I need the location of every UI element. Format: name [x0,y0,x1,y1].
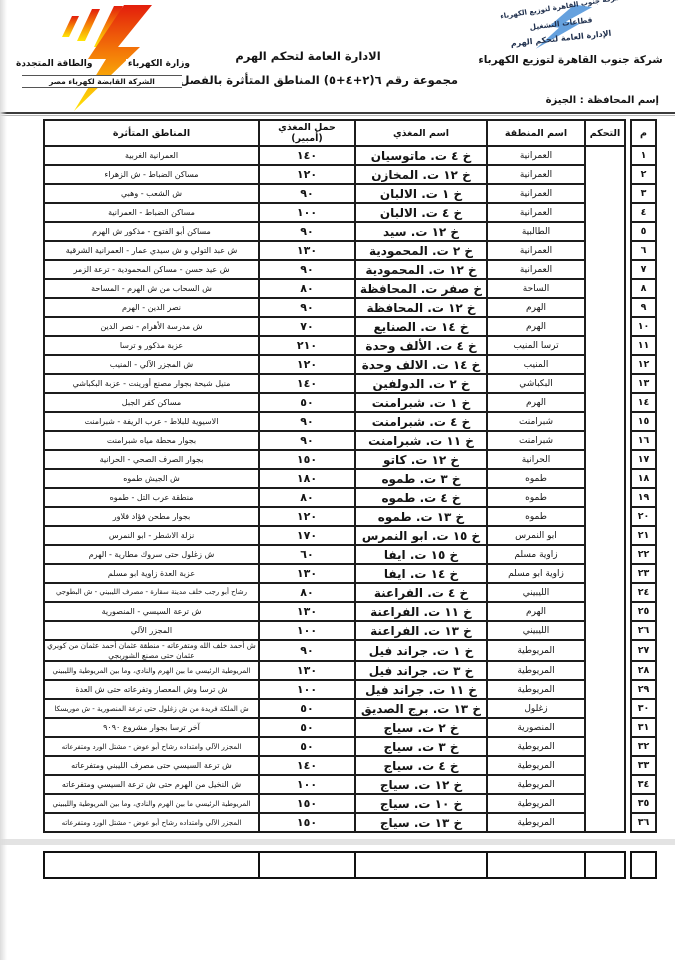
affected-areas-cell: ش عبد التولي و ش سيدي عمار - العمرانية ا… [44,241,259,260]
table-header-row: م التحكم اسم المنطقة اسم المغذي حمل المغ… [44,120,656,146]
area-name-cell: العمرانية [487,260,585,279]
area-name-cell: المنيب [487,355,585,374]
table-row: ٤العمرانيةخ ٤ ت. الالبان١٠٠مساكن الضباط … [44,203,656,222]
table-row: ١٣البكباشيخ ٢ ت. الدولفين١٤٠منيل شيحة بج… [44,374,656,393]
area-name-cell: زاوية ابو مسلم [487,564,585,583]
feeder-name-cell: خ ١ ت. الالبان [355,184,487,203]
control-administration-title: الادارة العامة لتحكم الهرم [158,49,458,63]
affected-areas-cell: نصر الدين - الهرم [44,298,259,317]
ministry-subtitle: الشركة القابضة لكهرباء مصر [22,75,182,88]
feeder-name-cell: خ ٤ ت. الالبان [355,203,487,222]
control-merged-cell [585,146,625,832]
area-name-cell: الهرم [487,602,585,621]
feeder-name-cell: خ ٤ ت. الألف وحدة [355,336,487,355]
row-number-cell: ١٩ [631,488,656,507]
area-name-cell: العمرانية [487,184,585,203]
table-row: ٣٣المريوطيةخ ٤ ت. سياج١٤٠ش ترعة السيسي ح… [44,756,656,775]
feeder-load-cell: ٨٠ [259,279,355,298]
feeder-name-cell: خ ١٠ ت. سياج [355,794,487,813]
governorate-label: إسم المحافظة : الجيزة [546,95,659,106]
feeder-name-cell: خ ٣ ت. سياج [355,737,487,756]
table-body: ١العمرانيةخ ٤ ت. ماتوسيان١٤٠العمرانية ال… [44,146,656,832]
feeder-load-cell: ٩٠ [259,640,355,661]
feeder-load-cell: ٥٠ [259,699,355,718]
feeder-name-cell: خ ١٣ ت. الفراعنة [355,621,487,640]
column-gap [625,661,631,680]
feeder-name-cell: خ ١١ ت. جراند فيل [355,680,487,699]
feeder-load-cell: ٥٠ [259,718,355,737]
area-name-cell: الهرم [487,317,585,336]
table-row: ٢١ابو النمرسخ ١٥ ت. ابو النمرس١٧٠نزلة ال… [44,526,656,545]
column-gap [625,564,631,583]
column-gap [625,794,631,813]
column-gap [625,775,631,794]
feeder-load-cell: ٥٠ [259,737,355,756]
feeder-name-cell: خ ١٣ ت. سياج [355,813,487,832]
feeder-load-cell: ١٠٠ [259,680,355,699]
table-row: ٣٥المريوطيةخ ١٠ ت. سياج١٥٠المريوطية الرئ… [44,794,656,813]
area-name-cell: الطالبية [487,222,585,241]
affected-areas-cell: مساكن الضباط - العمرانية [44,203,259,222]
area-name-cell: المريوطية [487,640,585,661]
row-number-cell: ٥ [631,222,656,241]
area-name-cell: الهرم [487,298,585,317]
area-name-cell: المريوطية [487,680,585,699]
table-row: ١٥شبرامنتخ ٤ ت. شبرامنت٩٠الاسيوية للبلاط… [44,412,656,431]
feeder-name-cell: خ ١٢ ت. كاتو [355,450,487,469]
row-number-cell: ٣٢ [631,737,656,756]
area-name-cell: العمرانية [487,203,585,222]
column-gap [625,545,631,564]
affected-areas-cell: المريوطية الرئيسي ما بين الهرم والنادي، … [44,661,259,680]
area-name-cell: العمرانية [487,241,585,260]
feeder-load-cell: ١٣٠ [259,661,355,680]
row-number-cell: ٣٠ [631,699,656,718]
feeder-name-cell: خ ١ ت. جراند فيل [355,640,487,661]
col-header-number: م [631,120,656,146]
col-header-affected: المناطق المتأثرة [44,120,259,146]
column-gap [625,469,631,488]
col-header-feeder: اسم المغذي [355,120,487,146]
column-gap [625,680,631,699]
feeder-load-cell: ١٥٠ [259,794,355,813]
feeder-name-cell: خ ٤ ت. طموه [355,488,487,507]
column-gap [625,317,631,336]
affected-areas-cell: ش ترسا وش المعصار وتفرعاته حتى ش العدة [44,680,259,699]
col-header-area: اسم المنطقة [487,120,585,146]
affected-areas-cell: ش عيد حسن - مساكن المحمودية - ترعة الزمر [44,260,259,279]
header-divider [0,112,675,116]
area-name-cell: الحرانية [487,450,585,469]
affected-areas-cell: بجوار الصرف الصحي - الحرانية [44,450,259,469]
area-name-cell: البكباشي [487,374,585,393]
affected-areas-cell: عزبة العدة زاوية ابو مسلم [44,564,259,583]
table-row: ٣١المنصوريةخ ٢ ت. سياج٥٠آخر ترسا بجوار م… [44,718,656,737]
table-row: ٦العمرانيةخ ٢ ت. المحمودية١٣٠ش عبد التول… [44,241,656,260]
feeder-name-cell: خ ١٥ ت. ابو النمرس [355,526,487,545]
table-row: ٧العمرانيةخ ١٢ ت. المحمودية٩٠ش عيد حسن -… [44,260,656,279]
feeder-load-cell: ٩٠ [259,412,355,431]
feeder-name-cell: خ ٣ ت. جراند فيل [355,661,487,680]
table-row: ٢٣زاوية ابو مسلمخ ١٤ ت. ايفا١٣٠عزبة العد… [44,564,656,583]
row-number-cell: ٣١ [631,718,656,737]
ministry-name-row: وزارة الكهرباء والطاقة المتجددة [14,59,192,69]
area-name-cell: المريوطية [487,813,585,832]
feeder-load-cell: ٩٠ [259,431,355,450]
scanned-document-page: شركة جنوب القاهرة لتوزيع الكهرباء قطاعات… [0,0,675,960]
table-row: ١٩طموهخ ٤ ت. طموه٨٠منطقة عرب التل - طموه [44,488,656,507]
area-name-cell: زغلول [487,699,585,718]
affected-areas-cell: ش السحاب من ش الهرم - المساحة [44,279,259,298]
feeder-name-cell: خ ١٣ ت. طموه [355,507,487,526]
lightning-bolts-icon [14,3,192,113]
feeder-load-cell: ١٤٠ [259,146,355,165]
area-name-cell: الليبيني [487,583,585,602]
column-gap [625,412,631,431]
group-outage-title: مجموعة رقم ٦(٢+٤+٥) المناطق المتأثرة بال… [158,73,458,87]
feeder-name-cell: خ ٢ ت. المحمودية [355,241,487,260]
area-name-cell: المريوطية [487,794,585,813]
table-row: ٣٦المريوطيةخ ١٣ ت. سياج١٥٠المجزر الآلي و… [44,813,656,832]
feeder-name-cell: خ ٤ ت. شبرامنت [355,412,487,431]
area-name-cell: المنصورية [487,718,585,737]
area-name-cell: المريوطية [487,756,585,775]
feeder-name-cell: خ ١٣ ت. برج الصديق [355,699,487,718]
affected-areas-cell: ش الجيش طموه [44,469,259,488]
table-row: ٢العمرانيةخ ١٢ ت. المخازن١٢٠مساكن الضباط… [44,165,656,184]
area-name-cell: العمرانية [487,146,585,165]
affected-areas-cell: الاسيوية للبلاط - عرب الريفة - شبرامنت [44,412,259,431]
next-cell [259,852,355,878]
affected-areas-cell: منيل شيحة بجوار مصنع أورينت - عزبة البكب… [44,374,259,393]
feeder-name-cell: خ ١٤ ت. الصنايع [355,317,487,336]
area-name-cell: ترسا المنيب [487,336,585,355]
table-row: ٢٨المريوطيةخ ٣ ت. جراند فيل١٣٠المريوطية … [44,661,656,680]
header-titles: الادارة العامة لتحكم الهرم مجموعة رقم ٦(… [158,49,458,87]
area-name-cell: شبرامنت [487,431,585,450]
ministry-name-right: وزارة الكهرباء [126,59,192,69]
feeder-load-cell: ٩٠ [259,222,355,241]
area-name-cell: زاوية مسلم [487,545,585,564]
feeder-name-cell: خ ١٥ ت. ايفا [355,545,487,564]
column-gap [625,146,631,165]
table-row: ١٨طموهخ ٣ ت. طموه١٨٠ش الجيش طموه [44,469,656,488]
row-number-cell: ١٢ [631,355,656,374]
column-gap [625,165,631,184]
table-row: ٢٤الليبينيخ ٤ ت. الفراعنة٨٠رشاح أبو رجب … [44,583,656,602]
feeder-name-cell: خ ١٢ ت. سياج [355,775,487,794]
feeder-name-cell: خ ١ ت. شبرامنت [355,393,487,412]
feeder-load-cell: ١٤٠ [259,756,355,775]
column-gap [625,640,631,661]
affected-areas-cell: المجزر الآلي [44,621,259,640]
feeder-name-cell: خ ٤ ت. ماتوسيان [355,146,487,165]
column-gap [625,852,631,878]
column-gap [625,813,631,832]
column-gap [625,718,631,737]
row-number-cell: ٢٠ [631,507,656,526]
column-gap [625,374,631,393]
affected-areas-cell: عزبة مذكور و ترسا [44,336,259,355]
feeder-name-cell: خ ٤ ت. سياج [355,756,487,775]
affected-areas-cell: بجوار محطة مياه شبرامنت [44,431,259,450]
affected-areas-cell: بجوار مطحن فؤاد فلاور [44,507,259,526]
next-cell [487,852,585,878]
feeder-name-cell: خ ١٢ ت. المحافظة [355,298,487,317]
next-cell [44,852,259,878]
feeder-load-cell: ١٥٠ [259,813,355,832]
column-gap [625,222,631,241]
feeder-load-cell: ٥٠ [259,393,355,412]
feeder-load-cell: ٢١٠ [259,336,355,355]
affected-areas-cell: ش مدرسة الأهرام - نصر الدين [44,317,259,336]
affected-areas-cell: منطقة عرب التل - طموه [44,488,259,507]
row-number-cell: ٢٩ [631,680,656,699]
next-page-table-edge [43,851,657,879]
feeder-load-cell: ٨٠ [259,488,355,507]
next-cell [355,852,487,878]
feeder-load-cell: ٨٠ [259,583,355,602]
feeder-name-cell: خ ١٤ ت. الالف وحدة [355,355,487,374]
row-number-cell: ٢٨ [631,661,656,680]
row-number-cell: ١٠ [631,317,656,336]
affected-areas-cell: المجزر الآلي وامتداده رشاح أبو عوض - مشت… [44,813,259,832]
table-row: ٣٤المريوطيةخ ١٢ ت. سياج١٠٠ش النخيل من ال… [44,775,656,794]
column-gap [625,583,631,602]
page-break-band [0,839,675,845]
area-name-cell: طموه [487,488,585,507]
column-gap [625,488,631,507]
column-gap [625,450,631,469]
feeder-load-cell: ٦٠ [259,545,355,564]
row-number-cell: ٩ [631,298,656,317]
table-row: ٢٩المريوطيةخ ١١ ت. جراند فيل١٠٠ش ترسا وش… [44,680,656,699]
row-number-cell: ١ [631,146,656,165]
row-number-cell: ٣٣ [631,756,656,775]
feeder-name-cell: خ ٢ ت. الدولفين [355,374,487,393]
next-cell [631,852,656,878]
column-gap [625,203,631,222]
next-cell [585,852,625,878]
area-name-cell: طموه [487,507,585,526]
table-row: ١٦شبرامنتخ ١١ ت. شبرامنت٩٠بجوار محطة ميا… [44,431,656,450]
table-row: ٢٠طموهخ ١٣ ت. طموه١٢٠بجوار مطحن فؤاد فلا… [44,507,656,526]
table-row: ١٠الهرمخ ١٤ ت. الصنايع٧٠ش مدرسة الأهرام … [44,317,656,336]
row-number-cell: ٢٥ [631,602,656,621]
feeder-load-cell: ٩٠ [259,260,355,279]
table-row: ٣٢المريوطيةخ ٣ ت. سياج٥٠المجزر الآلي وام… [44,737,656,756]
column-gap [625,241,631,260]
affected-areas-cell: ش أحمد خلف الله ومتفرعاته - منطقة عثمان … [44,640,259,661]
feeder-load-cell: ١٣٠ [259,564,355,583]
feeder-load-cell: ١٠٠ [259,203,355,222]
table-row: ١٢المنيبخ ١٤ ت. الالف وحدة١٢٠ش المجزر ال… [44,355,656,374]
company-stamp: شركة جنوب القاهرة لتوزيع الكهرباء قطاعات… [495,2,627,54]
table-row: ٨الساحةخ صفر ت. المحافظة٨٠ش السحاب من ش … [44,279,656,298]
affected-areas-table: م التحكم اسم المنطقة اسم المغذي حمل المغ… [43,119,657,833]
table-row: ١العمرانيةخ ٤ ت. ماتوسيان١٤٠العمرانية ال… [44,146,656,165]
feeder-name-cell: خ ١٢ ت. المخازن [355,165,487,184]
area-name-cell: الهرم [487,393,585,412]
affected-areas-cell: مساكن كفر الجبل [44,393,259,412]
ministry-name-left: والطاقة المتجددة [14,59,94,69]
row-number-cell: ٢٢ [631,545,656,564]
feeder-load-cell: ١٣٠ [259,241,355,260]
affected-areas-cell: ش الملكة فريدة من ش زغلول حتى ترعة المنص… [44,699,259,718]
row-number-cell: ١٣ [631,374,656,393]
feeder-load-cell: ٩٠ [259,184,355,203]
col-header-load: حمل المغذي (أمبير) [259,120,355,146]
affected-areas-cell: المجزر الآلي وامتداده رشاح أبو عوض - مشت… [44,737,259,756]
area-name-cell: طموه [487,469,585,488]
row-number-cell: ٢ [631,165,656,184]
table-row: ١٧الحرانيةخ ١٢ ت. كاتو١٥٠بجوار الصرف الص… [44,450,656,469]
feeder-load-cell: ١٣٠ [259,602,355,621]
column-gap [625,184,631,203]
feeder-name-cell: خ ١١ ت. شبرامنت [355,431,487,450]
area-name-cell: العمرانية [487,165,585,184]
affected-areas-cell: ش ترعة السيسي - المنصورية [44,602,259,621]
affected-areas-cell: العمرانية الغربية [44,146,259,165]
feeder-load-cell: ١٥٠ [259,450,355,469]
row-number-cell: ١٨ [631,469,656,488]
column-gap [625,507,631,526]
row-number-cell: ٣٦ [631,813,656,832]
feeder-load-cell: ٧٠ [259,317,355,336]
row-number-cell: ١٦ [631,431,656,450]
row-number-cell: ٧ [631,260,656,279]
row-number-cell: ٢٤ [631,583,656,602]
column-gap [625,260,631,279]
row-number-cell: ١٤ [631,393,656,412]
row-number-cell: ٣ [631,184,656,203]
affected-areas-cell: المريوطية الرئيسي ما بين الهرم والنادي، … [44,794,259,813]
next-table-partial-row [44,852,656,878]
row-number-cell: ١١ [631,336,656,355]
feeder-load-cell: ١٨٠ [259,469,355,488]
row-number-cell: ٢١ [631,526,656,545]
area-name-cell: الساحة [487,279,585,298]
row-number-cell: ١٥ [631,412,656,431]
feeder-load-cell: ١٢٠ [259,355,355,374]
area-name-cell: الليبيني [487,621,585,640]
feeder-load-cell: ١٠٠ [259,621,355,640]
row-number-cell: ٢٣ [631,564,656,583]
column-gap [625,737,631,756]
feeder-load-cell: ١٤٠ [259,374,355,393]
company-name: شركة جنوب القاهرة لتوزيع الكهرباء [478,54,663,66]
table-row: ٢٦الليبينيخ ١٣ ت. الفراعنة١٠٠المجزر الآل… [44,621,656,640]
feeder-load-cell: ١٠٠ [259,775,355,794]
column-gap [625,336,631,355]
row-number-cell: ٨ [631,279,656,298]
row-number-cell: ٢٧ [631,640,656,661]
affected-areas-cell: ش المجزر الآلي - المنيب [44,355,259,374]
feeder-name-cell: خ ٢ ت. سياج [355,718,487,737]
feeder-load-cell: ١٢٠ [259,507,355,526]
feeder-load-cell: ١٢٠ [259,165,355,184]
affected-areas-cell: ش ترعة السيسي حتى مصرف الليبني ومتفرعاته [44,756,259,775]
column-gap [625,355,631,374]
affected-areas-cell: مساكن أبو الفتوح - مذكور ش الهرم [44,222,259,241]
affected-areas-cell: ش النخيل من الهرم حتى ش ترعة السيسي ومتف… [44,775,259,794]
row-number-cell: ٣٤ [631,775,656,794]
column-gap [625,120,631,146]
document-header: شركة جنوب القاهرة لتوزيع الكهرباء قطاعات… [0,0,675,117]
column-gap [625,699,631,718]
feeder-name-cell: خ ٤ ت. الفراعنة [355,583,487,602]
affected-areas-cell: ش الشعب - وهبي [44,184,259,203]
table-row: ٣العمرانيةخ ١ ت. الالبان٩٠ش الشعب - وهبي [44,184,656,203]
column-gap [625,602,631,621]
row-number-cell: ٢٦ [631,621,656,640]
area-name-cell: المريوطية [487,661,585,680]
table-row: ٢٥الهرمخ ١١ ت. الفراعنة١٣٠ش ترعة السيسي … [44,602,656,621]
column-gap [625,279,631,298]
table-row: ٩الهرمخ ١٢ ت. المحافظة٩٠نصر الدين - الهر… [44,298,656,317]
table-row: ٢٢زاوية مسلمخ ١٥ ت. ايفا٦٠ش زغلول حتى سر… [44,545,656,564]
feeder-name-cell: خ ١٢ ت. سيد [355,222,487,241]
table-row: ١٤الهرمخ ١ ت. شبرامنت٥٠مساكن كفر الجبل [44,393,656,412]
col-header-control: التحكم [585,120,625,146]
table-row: ١١ترسا المنيبخ ٤ ت. الألف وحدة٢١٠عزبة مذ… [44,336,656,355]
affected-areas-cell: مساكن الضباط - ش الزهراء [44,165,259,184]
row-number-cell: ٤ [631,203,656,222]
row-number-cell: ١٧ [631,450,656,469]
ministry-logo: وزارة الكهرباء والطاقة المتجددة الشركة ا… [14,3,192,113]
feeder-name-cell: خ صفر ت. المحافظة [355,279,487,298]
affected-areas-cell: رشاح أبو رجب خلف مدينة سقارة - مصرف اللي… [44,583,259,602]
table-row: ٢٧المريوطيةخ ١ ت. جراند فيل٩٠ش أحمد خلف … [44,640,656,661]
table-row: ٥الطالبيةخ ١٢ ت. سيد٩٠مساكن أبو الفتوح -… [44,222,656,241]
column-gap [625,621,631,640]
column-gap [625,756,631,775]
area-name-cell: المريوطية [487,737,585,756]
feeder-name-cell: خ ٣ ت. طموه [355,469,487,488]
affected-areas-cell: آخر ترسا بجوار مشروع ٩٠٩٠ [44,718,259,737]
affected-areas-cell: نزلة الاشطر - ابو النمرس [44,526,259,545]
column-gap [625,298,631,317]
feeder-name-cell: خ ١٤ ت. ايفا [355,564,487,583]
row-number-cell: ٣٥ [631,794,656,813]
feeder-load-cell: ١٧٠ [259,526,355,545]
row-number-cell: ٦ [631,241,656,260]
column-gap [625,431,631,450]
affected-areas-cell: ش زغلول حتى سروك مطارية - الهرم [44,545,259,564]
column-gap [625,526,631,545]
column-gap [625,393,631,412]
area-name-cell: ابو النمرس [487,526,585,545]
feeder-name-cell: خ ١٢ ت. المحمودية [355,260,487,279]
area-name-cell: شبرامنت [487,412,585,431]
feeder-name-cell: خ ١١ ت. الفراعنة [355,602,487,621]
area-name-cell: المريوطية [487,775,585,794]
feeder-load-cell: ٩٠ [259,298,355,317]
table-row: ٣٠زغلولخ ١٣ ت. برج الصديق٥٠ش الملكة فريد… [44,699,656,718]
